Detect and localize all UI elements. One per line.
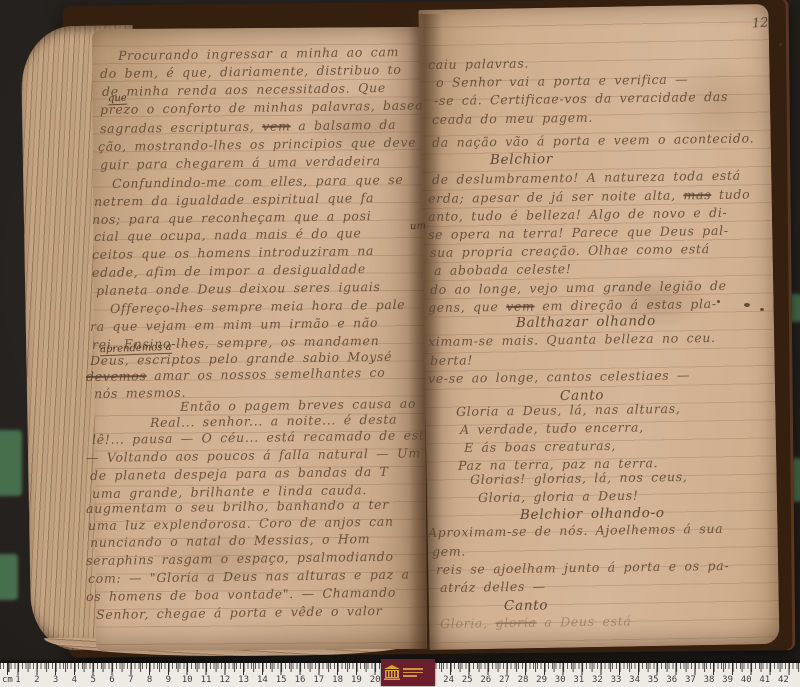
ruler-number: 4 xyxy=(67,675,81,685)
manuscript-line: caiu palavras. xyxy=(428,56,529,72)
manuscript-line: devemos amar os nossos semelhantes co xyxy=(86,365,386,384)
ruler-number: 9 xyxy=(161,675,175,685)
manuscript-photo: 12 Procurando ingressar a minha ao camdo… xyxy=(0,0,800,687)
ruler-number: 24 xyxy=(442,675,456,685)
ruler-number: 2 xyxy=(30,675,44,685)
ruler-number: 16 xyxy=(293,675,307,685)
manuscript-line: gem. xyxy=(432,544,466,559)
interlinear-insertion: um xyxy=(410,221,426,233)
interlinear-insertion: que xyxy=(108,93,127,106)
ruler-number: 10 xyxy=(180,675,194,685)
right-page-text: caiu palavras.o Senhor vai a porta e ver… xyxy=(424,0,778,660)
manuscript-line: sagradas escripturas, vem a balsamo da xyxy=(100,117,396,136)
ruler-number: 7 xyxy=(124,675,138,685)
manuscript-line: E ás boas creaturas, xyxy=(464,438,616,455)
ruler-number: 32 xyxy=(590,675,604,685)
manuscript-line: do bem, é que, diariamente, distribuo to xyxy=(100,62,402,81)
manuscript-line: Gloria a Deus, lá, nas alturas, xyxy=(456,401,681,419)
ruler-number: 11 xyxy=(199,675,213,685)
ruler-number: 30 xyxy=(553,675,567,685)
manuscript-line: o Senhor vai a porta e verifica — xyxy=(436,71,689,90)
ruler-number: 34 xyxy=(628,675,642,685)
manuscript-line: A verdade, tudo encerra, xyxy=(460,419,644,437)
ruler-number: 15 xyxy=(274,675,288,685)
manuscript-line: com: — "Gloria a Deus nas alturas e paz … xyxy=(88,567,410,586)
manuscript-line: planeta onde Deus deixou seres iguais xyxy=(96,279,381,298)
manuscript-line: da nação vão á porta e veem o acontecido… xyxy=(432,131,754,150)
ruler-number: 18 xyxy=(331,675,345,685)
manuscript-line: Balthazar olhando xyxy=(516,313,656,331)
manuscript-line: de minha renda aos necessitados. Que xyxy=(102,80,386,99)
ruler-number: 35 xyxy=(646,675,660,685)
ruler-number: 26 xyxy=(479,675,493,685)
manuscript-line: Gloria, gloria a Deus está xyxy=(440,613,632,631)
ruler-number: 1 xyxy=(11,675,25,685)
manuscript-line: -se cá. Certificae-vos da veracidade das xyxy=(434,89,728,108)
ruler-number: 40 xyxy=(739,675,753,685)
ruler-number: 19 xyxy=(349,675,363,685)
manuscript-line: uma luz explendorosa. Coro de anjos can xyxy=(88,514,394,533)
ruler-number: 8 xyxy=(143,675,157,685)
manuscript-line: nos; para que reconheçam que a posi xyxy=(92,208,372,227)
ruler-number: 28 xyxy=(516,675,530,685)
manuscript-line: netrem da igualdade espiritual que fa xyxy=(94,190,374,209)
ruler-number: 25 xyxy=(460,675,474,685)
ruler-number: 41 xyxy=(758,675,772,685)
manuscript-line: anto, tudo é belleza! Algo de novo e di- xyxy=(428,205,728,224)
ruler-number: 38 xyxy=(702,675,716,685)
manuscript-line: atráz delles — xyxy=(440,579,546,595)
manuscript-line: de planeta despeja para as bandas da T xyxy=(90,464,389,483)
manuscript-line: de deslumbramento! A natureza toda está xyxy=(432,168,741,187)
manuscript-line: do ao longe, vejo uma grande legião de xyxy=(430,278,727,297)
left-page-text: Procurando ingressar a minha ao camdo be… xyxy=(0,0,424,660)
interlinear-insertion: aprendemos a xyxy=(100,342,172,356)
manuscript-line: ve-se ao longe, cantos celestiaes — xyxy=(428,367,690,386)
manuscript-line: lê!... pausa — O céu... está recamado de… xyxy=(92,427,424,447)
manuscript-line: ceitos que os homens introduziram na xyxy=(92,243,374,262)
manuscript-line: Confundindo-me com elles, para que se xyxy=(112,172,404,191)
manuscript-line: augmentam o seu brilho, banhando a ter xyxy=(86,497,389,516)
manuscript-line: Canto xyxy=(504,597,548,614)
manuscript-line: ceada do meu pagem. xyxy=(432,110,593,127)
manuscript-line: Belchior xyxy=(490,151,553,168)
ruler-number: 17 xyxy=(312,675,326,685)
manuscript-line: ximam-se mais. Quanta belleza no ceu. xyxy=(428,330,716,349)
manuscript-line: berta! xyxy=(430,352,473,368)
ruler-number: 6 xyxy=(105,675,119,685)
manuscript-line: os homens de boa vontade". — Chamando xyxy=(86,585,396,604)
ruler-number: 42 xyxy=(776,675,790,685)
manuscript-line: cial que ocupa, nada mais é do que xyxy=(94,225,362,244)
manuscript-line: prezo o conforto de minhas palavras, bas… xyxy=(100,97,423,117)
manuscript-line: Procurando ingressar a minha ao cam xyxy=(118,44,399,63)
manuscript-line: gens, que vem em direção á estas pla- xyxy=(428,296,717,315)
manuscript-line: a abobada celeste! xyxy=(434,261,572,278)
ruler-number: 31 xyxy=(572,675,586,685)
ruler-number: 3 xyxy=(49,675,63,685)
manuscript-line: — Voltando aos poucos á falla natural — … xyxy=(86,445,421,465)
manuscript-line: guir para chegarem á uma verdadeira xyxy=(100,153,381,172)
manuscript-line: Gloria, gloria a Deus! xyxy=(478,488,639,505)
manuscript-line: se opera na terra! Parece que Deus pal- xyxy=(428,223,729,242)
ruler-number: 37 xyxy=(683,675,697,685)
manuscript-line: nós mesmos. xyxy=(94,385,186,401)
archive-logo-text-lines xyxy=(403,668,423,677)
ruler-number: 33 xyxy=(609,675,623,685)
manuscript-line: reis se ajoelham junto á porta e os pa- xyxy=(436,558,729,577)
manuscript-line: erda; apesar de já ser noite alta, mas t… xyxy=(428,186,751,205)
manuscript-line: Senhor, chegae á porta e vêde o valor xyxy=(96,603,383,622)
ruler-number: 12 xyxy=(218,675,232,685)
ruler-number: 36 xyxy=(665,675,679,685)
ruler-number: 14 xyxy=(255,675,269,685)
manuscript-line: edade, afim de impor a desigualdade xyxy=(92,261,366,280)
manuscript-line: ra que vejam em mim um irmão e não xyxy=(90,315,378,334)
ruler-number: 27 xyxy=(497,675,511,685)
ink-speck xyxy=(779,43,782,46)
manuscript-line: seraphins rasgam o espaço, psalmodiando xyxy=(86,549,394,568)
building-icon xyxy=(384,665,400,680)
archive-logo xyxy=(381,659,435,686)
ruler-number: 39 xyxy=(721,675,735,685)
manuscript-line: Glorias! glorias, lá, nos ceus, xyxy=(470,469,688,487)
manuscript-line: Aproximam-se de nós. Ajoelhemos á sua xyxy=(428,521,724,540)
manuscript-line: Belchior olhando-o xyxy=(520,505,665,523)
manuscript-line: Real... senhor... a noite... é desta xyxy=(150,412,397,430)
ruler-number: 13 xyxy=(237,675,251,685)
ruler-number: 5 xyxy=(86,675,100,685)
manuscript-line: nunciando o natal do Messias, o Hom xyxy=(90,531,370,550)
manuscript-line: Offereço-lhes sempre meia hora de pale xyxy=(110,297,406,316)
manuscript-line: sua propria creação. Olhae como está xyxy=(430,241,710,260)
ruler-number: 29 xyxy=(535,675,549,685)
manuscript-line: ção, mostrando-lhes os principios que de… xyxy=(98,135,417,154)
